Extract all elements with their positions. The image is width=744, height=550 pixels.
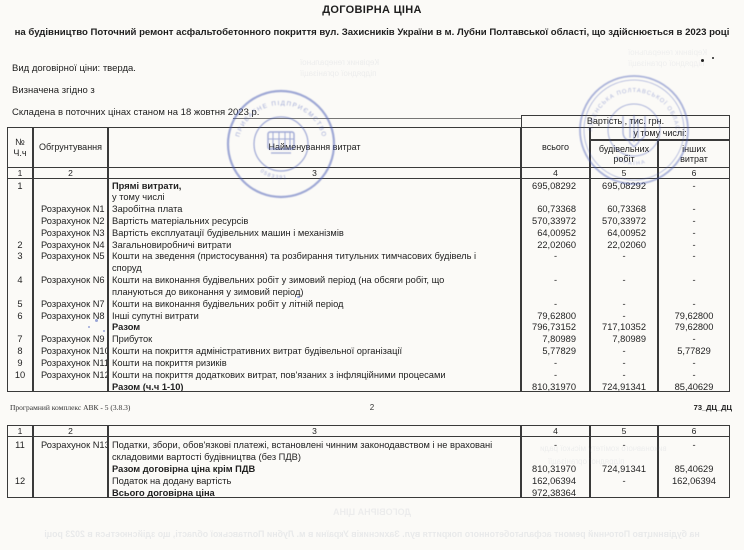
other-value-cell: - [659,228,729,240]
row-number: 3 [8,251,32,263]
basis-cell: Розрахунок N12 [34,370,107,382]
row-number: 6 [8,311,32,323]
bleed-through-text: підрядної організації [548,457,624,466]
table1-col-no: 1 23 4 56 78910 [7,179,33,392]
round-stamp-left: ПРИВАТНЕ ПІДПРИЄМСТВО 0583391 [225,88,337,200]
row-number [8,463,32,475]
round-stamp-right: ЛУБЕНСЬКА ПОЛТАВСЬКОЇ ОБЛАСТІ УКРАЇНА [577,73,691,187]
table1-col-name: Прямі витрати,у тому числіЗаробітна плат… [108,179,521,392]
bleed-through-text: Керівник генеральної [628,48,707,57]
other-value-cell: - [659,216,729,228]
expense-name-cell: Прибуток [109,334,520,346]
basis-cell: Розрахунок N2 [34,216,107,228]
expense-name-cell: складовими вартості будівництва (без ПДВ… [109,451,520,463]
table2-index-4: 4 [521,425,590,437]
total-value-cell: - [522,358,589,370]
basis-cell [34,463,107,475]
expense-name-cell: Кошти на зведення (пристосування) та роз… [109,251,520,263]
ink-speck [297,296,300,298]
construction-value-cell: - [591,275,657,287]
other-value-cell: 85,40629 [659,382,729,392]
basis-cell: Розрахунок N9 [34,334,107,346]
row-number: 5 [8,299,32,311]
basis-cell: Розрахунок N6 [34,275,107,287]
table2-index-3: 3 [108,425,521,437]
total-value-cell: 570,33972 [522,216,589,228]
expense-name-cell: Заробітна плата [109,204,520,216]
expense-name-cell: Вартість матеріальних ресурсів [109,216,520,228]
row-number [8,216,32,228]
scan-speck [701,59,704,62]
construction-value-cell [591,263,657,275]
scan-speck [712,57,714,59]
basis-cell: Розрахунок N7 [34,299,107,311]
row-number: 2 [8,240,32,252]
other-value-cell: - [659,370,729,382]
basis-cell: Розрахунок N13 [34,439,107,451]
other-value-cell [659,487,729,498]
total-value-cell: 22,02060 [522,240,589,252]
total-value-cell: 79,62800 [522,311,589,323]
other-value-cell: - [659,275,729,287]
row-number [8,487,32,498]
total-value-cell [522,287,589,299]
basis-cell [34,181,107,193]
total-value-cell: 162,06394 [522,475,589,487]
stamp-right-trident-icon [623,115,645,147]
construction-value-cell: - [591,358,657,370]
ink-speck [103,330,105,332]
svg-text:УКРАЇНА: УКРАЇНА [614,155,648,167]
table2-col-basis: Розрахунок N13 [33,437,108,498]
table2-index-2: 2 [33,425,108,437]
row-number [8,228,32,240]
basis-cell [34,192,107,204]
expense-name-cell: Загальновиробничі витрати [109,240,520,252]
total-value-cell: 5,77829 [522,346,589,358]
bleed-through-text: підрядної організації [628,59,704,68]
basis-cell [34,382,107,392]
total-value-cell: 796,73152 [522,322,589,334]
other-value-cell: 162,06394 [659,475,729,487]
row-number [8,263,32,275]
defined-line: Визначена згідно з [12,85,95,96]
table1-col-construction: 695,08292 60,73368570,3397264,0095222,02… [590,179,658,392]
total-value-cell [522,263,589,275]
construction-value-cell: - [591,346,657,358]
construction-value-cell: 717,10352 [591,322,657,334]
construction-value-cell: 724,91341 [591,382,657,392]
document-subtitle: на будівництво Поточний ремонт асфальтоб… [0,27,744,38]
bleed-through-text: підрядної організації [300,69,376,78]
other-value-cell: - [659,334,729,346]
total-value-cell: 972,38364 [522,487,589,498]
other-value-cell: - [659,251,729,263]
total-value-cell: - [522,251,589,263]
basis-cell [34,451,107,463]
other-value-cell [659,451,729,463]
other-value-cell: 85,40629 [659,463,729,475]
expense-name-cell: Податки, збори, обов'язкові платежі, вст… [109,439,520,451]
other-value-cell: 79,62800 [659,311,729,323]
construction-value-cell: 570,33972 [591,216,657,228]
other-value-cell: - [659,240,729,252]
table2-col-other: - 85,40629162,06394 [658,437,730,498]
expense-name-cell: Кошти на виконання будівельних робіт у з… [109,275,520,287]
construction-value-cell [591,287,657,299]
bleed-through-subtitle: на будівництво Поточний ремонт асфальтоб… [0,529,744,539]
expense-name-cell: Кошти на покриття ризиків [109,358,520,370]
construction-value-cell: - [591,475,657,487]
basis-cell [34,263,107,275]
other-value-cell [659,263,729,275]
total-value-cell: 7,80989 [522,334,589,346]
expense-name-cell: Разом [109,322,520,334]
expense-name-cell: Кошти на покриття додаткових витрат, пов… [109,370,520,382]
table1-header-no: № Ч.ч [7,127,33,168]
construction-value-cell: - [591,299,657,311]
stamp-left-building-icon [268,132,294,153]
other-value-cell [659,287,729,299]
construction-value-cell: 22,02060 [591,240,657,252]
basis-cell [34,475,107,487]
construction-value-cell: 7,80989 [591,334,657,346]
document-code: 73_ДЦ_ДЦ [694,403,732,412]
row-number: 10 [8,370,32,382]
compiled-line: Складена в поточних цінах станом на 18 ж… [12,107,259,118]
table2-index-6: 6 [658,425,730,437]
basis-cell: Розрахунок N5 [34,251,107,263]
row-number: 8 [8,346,32,358]
basis-cell [34,322,107,334]
other-value-cell: 79,62800 [659,322,729,334]
other-value-cell [659,192,729,204]
expense-name-cell: Податок на додану вартість [109,475,520,487]
price-type-line: Вид договірної ціни: тверда. [12,63,136,74]
basis-cell: Розрахунок N3 [34,228,107,240]
expense-name-cell: Інші супутні витрати [109,311,520,323]
document-title: ДОГОВІРНА ЦІНА [0,4,744,16]
other-value-cell: 5,77829 [659,346,729,358]
row-number [8,192,32,204]
construction-value-cell: 64,00952 [591,228,657,240]
other-value-cell: - [659,358,729,370]
other-value-cell: - [659,299,729,311]
page-number: 2 [0,403,744,412]
table2-index-1: 1 [7,425,33,437]
row-number: 11 [8,439,32,451]
table1-col-other: - ----- - -79,6280079,62800-5,77829--85,… [658,179,730,392]
row-number [8,287,32,299]
table2-col-no: 11 12 [7,437,33,498]
expense-name-cell: Вартість експлуатації будівельних машин … [109,228,520,240]
basis-cell: Розрахунок N1 [34,204,107,216]
bleed-through-text: виконавчого комітету міської ради [540,444,667,453]
table1-index-2: 2 [33,167,108,179]
row-number [8,382,32,392]
expense-name-cell: Разом договірна ціна крім ПДВ [109,463,520,475]
expense-name-cell: Всього договірна ціна [109,487,520,498]
table1-col-basis: Розрахунок N1Розрахунок N2Розрахунок N3Р… [33,179,108,392]
basis-cell [34,487,107,498]
ink-speck [95,319,98,322]
basis-cell: Розрахунок N10 [34,346,107,358]
construction-value-cell: - [591,311,657,323]
row-number: 9 [8,358,32,370]
table1-index-1: 1 [7,167,33,179]
total-value-cell [522,192,589,204]
basis-cell: Розрахунок N11 [34,358,107,370]
total-value-cell: 64,00952 [522,228,589,240]
ink-speck [88,326,90,328]
construction-value-cell: - [591,370,657,382]
expense-name-cell: плануються до виконання у зимовий період… [109,287,520,299]
construction-value-cell [591,487,657,498]
row-number: 12 [8,475,32,487]
bleed-through-title: ДОГОВІРНА ЦІНА [0,507,744,517]
total-value-cell: - [522,275,589,287]
expense-name-cell: споруд [109,263,520,275]
table1-col-total: 695,08292 60,73368570,3397264,0095222,02… [521,179,590,392]
table2-index-5: 5 [590,425,658,437]
other-value-cell: - [659,204,729,216]
row-number: 4 [8,275,32,287]
basis-cell [34,287,107,299]
construction-value-cell [591,192,657,204]
row-number [8,451,32,463]
basis-cell: Розрахунок N4 [34,240,107,252]
expense-name-cell: Кошти на виконання будівельних робіт у л… [109,299,520,311]
row-number [8,322,32,334]
expense-name-cell: Кошти на покриття адміністративних витра… [109,346,520,358]
total-value-cell: - [522,299,589,311]
document-page: ДОГОВІРНА ЦІНА на будівництво Поточний р… [0,0,744,550]
stamp-left-arc-text: ПРИВАТНЕ ПІДПРИЄМСТВО [234,100,327,139]
bleed-through-text: Керівник генеральної [300,58,379,67]
other-value-cell: - [659,439,729,451]
row-number: 7 [8,334,32,346]
row-number [8,204,32,216]
total-value-cell: 810,31970 [522,382,589,392]
construction-value-cell: - [591,251,657,263]
construction-value-cell: 60,73368 [591,204,657,216]
table2-col-name: Податки, збори, обов'язкові платежі, вст… [108,437,521,498]
expense-name-cell: Разом (ч.ч 1-10) [109,382,520,392]
total-value-cell: - [522,370,589,382]
total-value-cell: 60,73368 [522,204,589,216]
table1-header-basis: Обгрунтування [33,127,108,168]
row-number: 1 [8,181,32,193]
